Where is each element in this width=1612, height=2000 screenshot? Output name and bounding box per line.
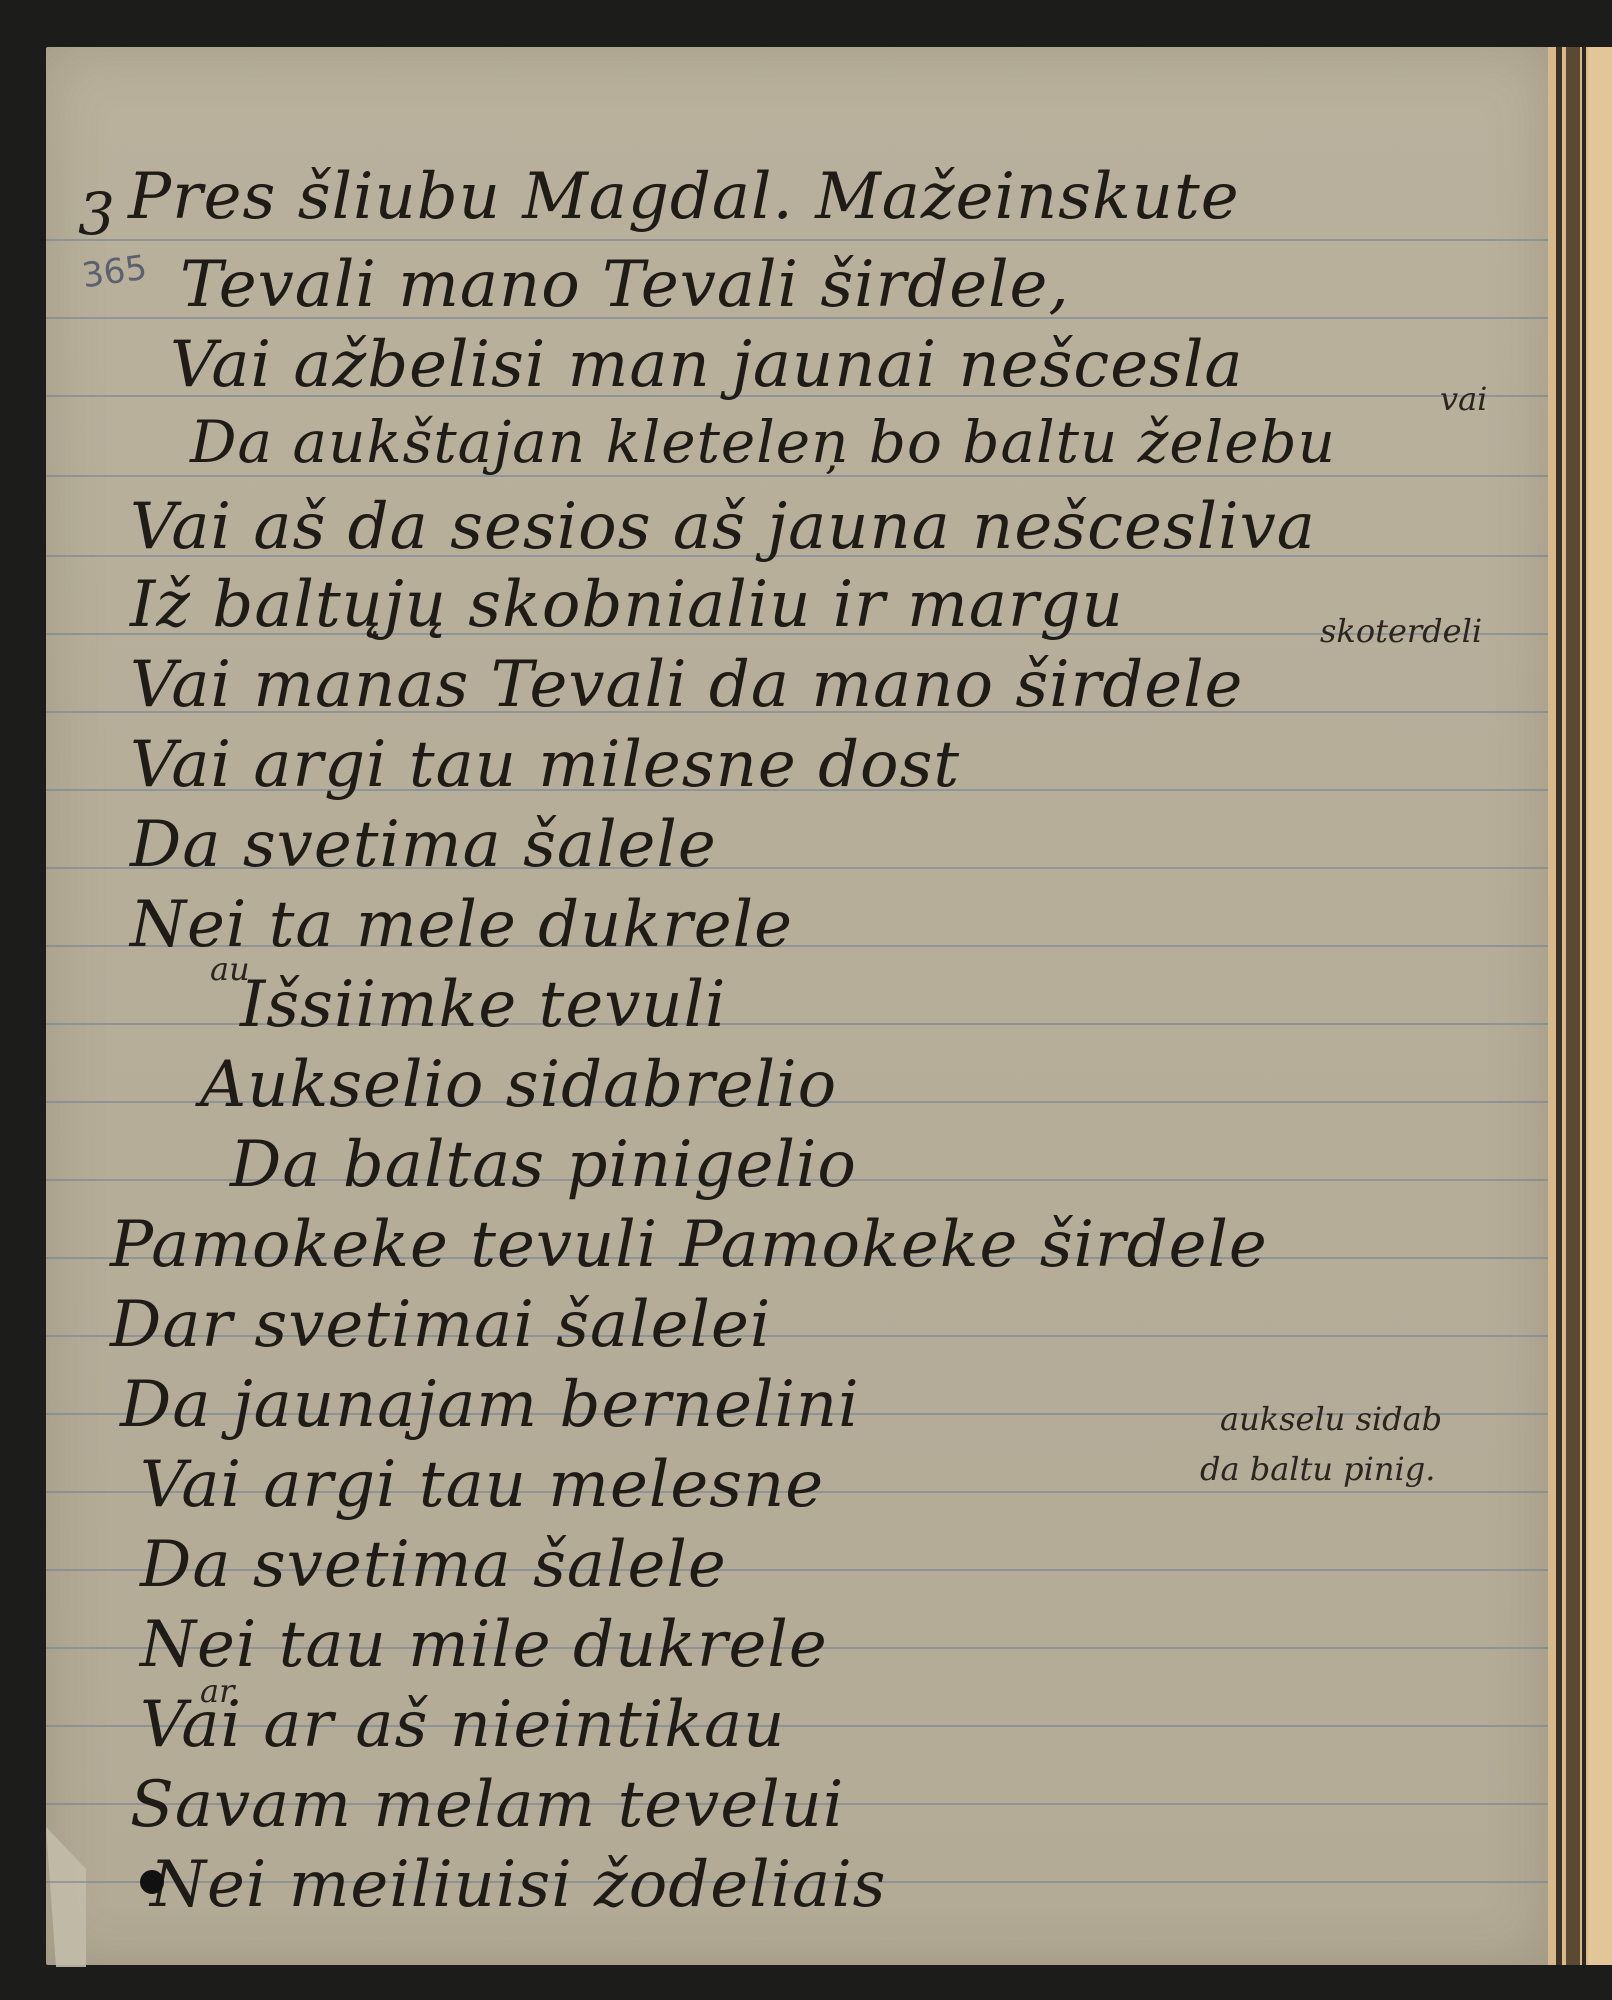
interlinear-note: da baltu pinig. xyxy=(1200,1450,1435,1488)
song-line: Vai argi tau milesne dost xyxy=(130,728,960,802)
ink-blot xyxy=(140,1870,164,1894)
ruled-line xyxy=(46,239,1548,241)
song-line: Vai argi tau melesne xyxy=(140,1448,824,1522)
interlinear-note: vai xyxy=(1440,380,1487,418)
song-line: Nei meiliuisi žodeliais xyxy=(150,1848,887,1922)
song-line: Iž baltųjų skobnialiu ir margu xyxy=(130,568,1124,642)
song-line: Išsiimke tevuli xyxy=(240,968,727,1042)
song-line: Da jaunajam bernelini xyxy=(120,1368,860,1442)
manuscript-scan: 3 365 Pres šliubu Magdal. Mažeinskute Te… xyxy=(0,0,1612,2000)
notebook-spine xyxy=(1548,47,1612,1965)
interlinear-note: ar xyxy=(200,1672,234,1710)
item-number: 3 xyxy=(78,180,116,248)
song-title: Pres šliubu Magdal. Mažeinskute xyxy=(128,160,1240,234)
song-line: Da aukštajan kleteleņ bo baltu želebu xyxy=(190,408,1336,476)
song-line: Pamokeke tevuli Pamokeke širdele xyxy=(110,1208,1268,1282)
song-line: Aukselio sidabrelio xyxy=(200,1048,837,1122)
interlinear-note: au xyxy=(210,950,250,988)
song-line: Vai aš da sesios aš jauna nešceslivа xyxy=(130,490,1316,564)
song-line: Vai ar aš nieintikau xyxy=(140,1688,785,1762)
song-line: Vai ažbelisi man jaunai nešcesla xyxy=(170,328,1244,402)
song-line: Da baltas pinigelio xyxy=(230,1128,857,1202)
song-line: Da svetima šalele xyxy=(130,808,717,882)
interlinear-note: aukselu sidab xyxy=(1220,1400,1442,1438)
song-line: Vai manas Tevali da mano širdele xyxy=(130,648,1243,722)
song-line: Savam melam tevelui xyxy=(130,1768,844,1842)
song-line: Nei tau mile dukrele xyxy=(140,1608,828,1682)
interlinear-note: skoterdeli xyxy=(1320,612,1482,650)
song-line: Dar svetimai šalelei xyxy=(110,1288,771,1362)
song-line: Tevali mano Tevali širdele, xyxy=(180,248,1070,322)
song-line: Da svetima šalele xyxy=(140,1528,727,1602)
